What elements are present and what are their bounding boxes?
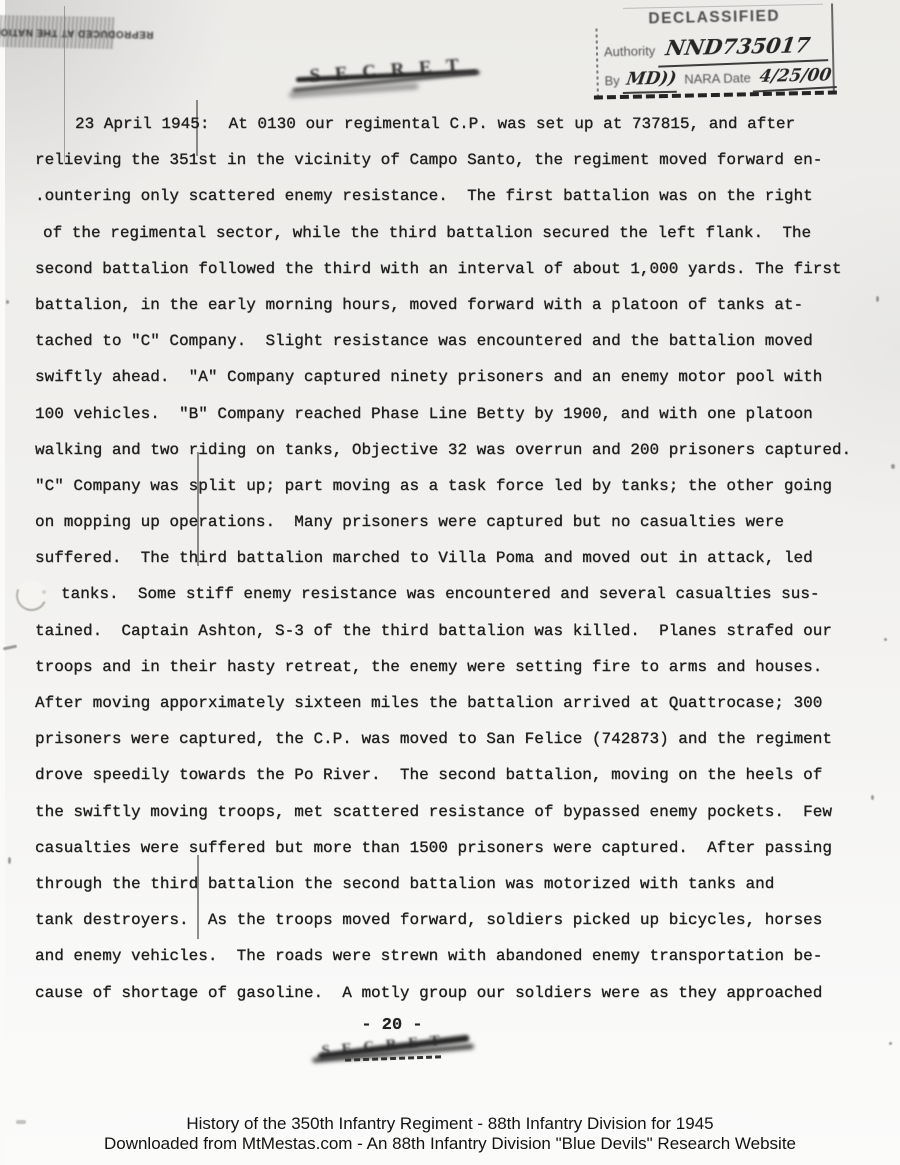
typewritten-line: walking and two riding on tanks, Objecti… [35, 432, 895, 468]
typewritten-body: 23 April 1945: At 0130 our regimental C.… [35, 106, 895, 1011]
scan-speck [876, 296, 879, 302]
secret-scribble-top: S E C R E T [295, 51, 487, 104]
stamp-border [595, 28, 598, 96]
reproduced-stamp-text: REPRODUCED AT THE NATIONAL ARC [0, 25, 154, 40]
typewritten-line: of the regimental sector, while the thir… [35, 215, 895, 251]
typewritten-line: on mopping up operations. Many prisoners… [35, 504, 895, 540]
typewritten-line: After moving apporximately sixteen miles… [35, 685, 895, 721]
typewritten-line: tanks. Some stiff enemy resistance was e… [35, 576, 895, 612]
typewritten-line: 23 April 1945: At 0130 our regimental C.… [35, 106, 895, 142]
typewritten-line: relieving the 351st in the vicinity of C… [35, 142, 895, 178]
scan-speck [6, 300, 9, 304]
footer-line-1: History of the 350th Infantry Regiment -… [0, 1114, 900, 1134]
scan-speck [16, 1120, 26, 1124]
typewritten-line: casualties were suffered but more than 1… [35, 830, 895, 866]
typewritten-line: tached to "C" Company. Slight resistance… [35, 323, 895, 359]
paper-edge [0, 0, 5, 1165]
by-label: By [604, 73, 619, 88]
typewritten-line: .ountering only scattered enemy resistan… [35, 178, 895, 214]
scan-speck [871, 795, 874, 800]
secret-scribble-bottom: S E C R E T [317, 1027, 489, 1076]
stamp-by-row: By MD)) NARA Date 4/25/00 [604, 66, 831, 91]
authority-label: Authority [604, 43, 656, 59]
stamp-title: DECLASSIFIED [595, 7, 833, 30]
typewritten-line: troops and in their hasty retreat, the e… [35, 649, 895, 685]
reproduced-stamp: REPRODUCED AT THE NATIONAL ARC [0, 15, 114, 49]
scanned-page: REPRODUCED AT THE NATIONAL ARC DECLASSIF… [0, 0, 900, 1165]
scan-speck [42, 590, 46, 594]
typewritten-line: tank destroyers. As the troops moved for… [35, 902, 895, 938]
footer: History of the 350th Infantry Regiment -… [0, 1114, 900, 1154]
typewritten-line: "C" Company was split up; part moving as… [35, 468, 895, 504]
typewritten-line: 100 vehicles. "B" Company reached Phase … [35, 396, 895, 432]
footer-line-2: Downloaded from MtMestas.com - An 88th I… [0, 1134, 900, 1154]
typewritten-line: and enemy vehicles. The roads were strew… [35, 938, 895, 974]
declassified-stamp: DECLASSIFIED Authority NND735017 By MD))… [595, 4, 835, 101]
typewritten-line: prisoners were captured, the C.P. was mo… [35, 721, 895, 757]
typewritten-line: swiftly ahead. "A" Company captured nine… [35, 359, 895, 395]
typewritten-line: cause of shortage of gasoline. A motly g… [35, 975, 895, 1011]
by-signature: MD)) [625, 69, 678, 90]
typewritten-line: suffered. The third battalion marched to… [35, 540, 895, 576]
scan-speck [884, 638, 887, 641]
scan-speck [8, 857, 11, 864]
authority-value: NND735017 [664, 32, 812, 60]
nara-date-label: NARA Date [684, 70, 751, 86]
nara-date-value: 4/25/00 [758, 66, 833, 88]
typewritten-line: tained. Captain Ashton, S-3 of the third… [35, 613, 895, 649]
scan-speck [891, 464, 895, 469]
typewritten-line: second battalion followed the third with… [35, 251, 895, 287]
typewritten-line: drove speedily towards the Po River. The… [35, 757, 895, 793]
typewritten-line: the swiftly moving troops, met scattered… [35, 794, 895, 830]
typewritten-line: through the third battalion the second b… [35, 866, 895, 902]
scan-speck [889, 1042, 892, 1045]
stamp-authority-row: Authority NND735017 [604, 32, 811, 61]
typewritten-line: battalion, in the early morning hours, m… [35, 287, 895, 323]
